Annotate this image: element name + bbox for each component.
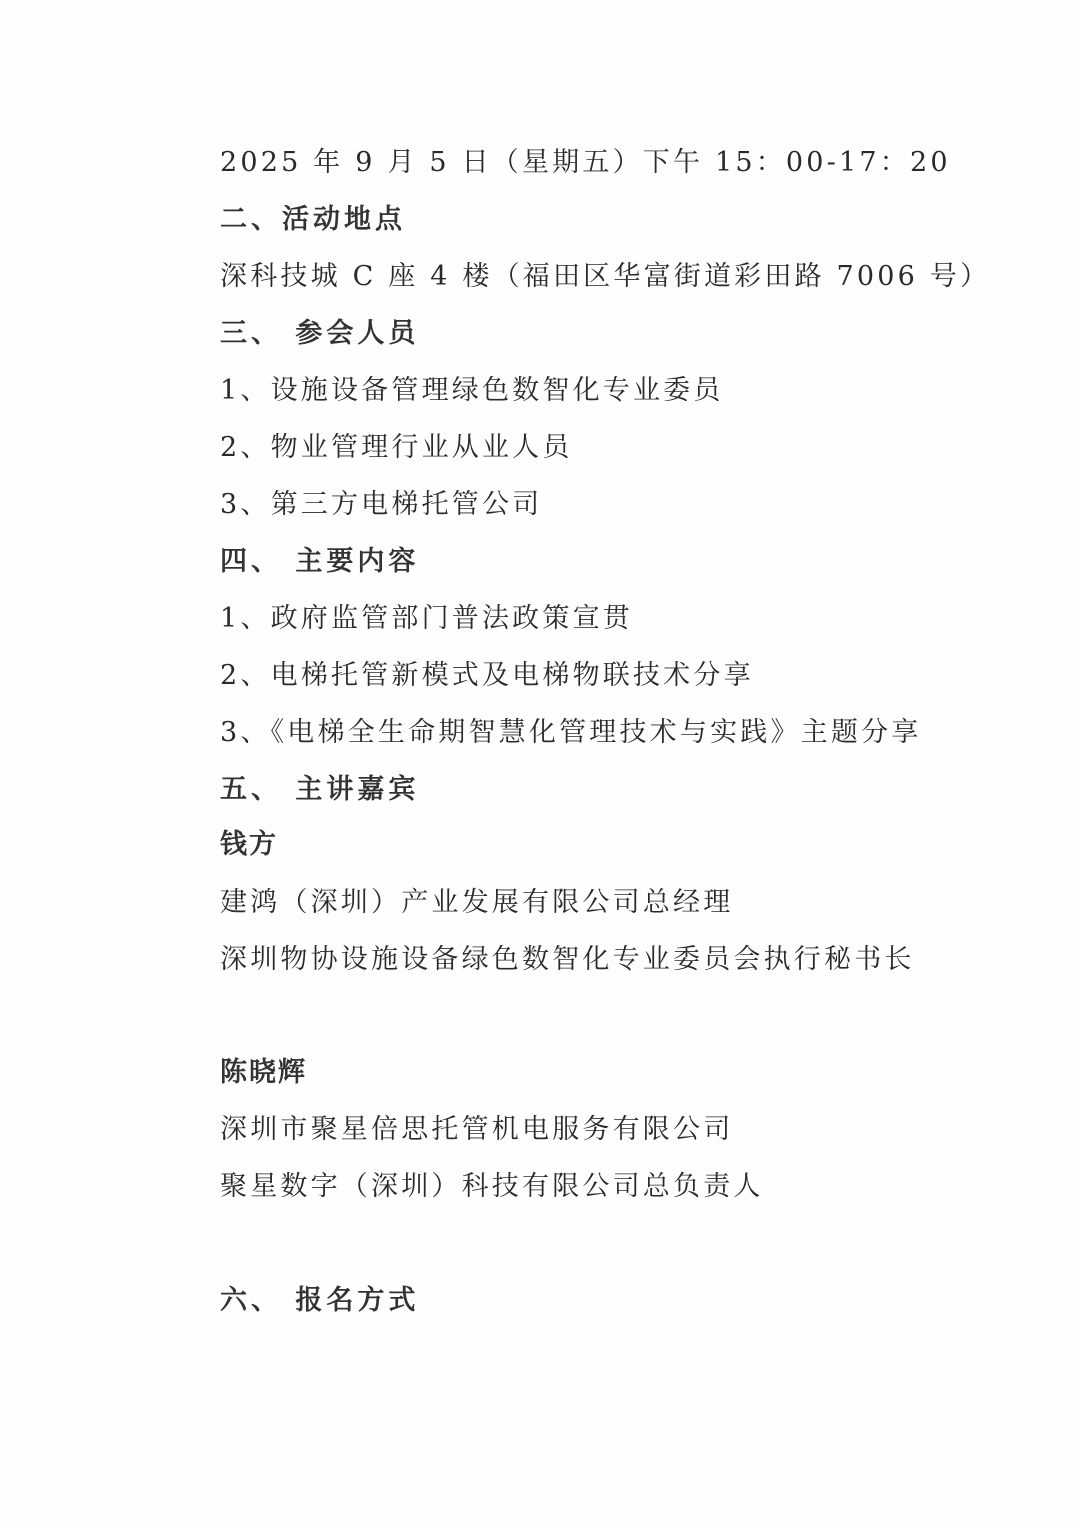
content-item: 2、电梯托管新模式及电梯物联技术分享 — [220, 658, 754, 694]
section-heading-attendees: 三、 参会人员 — [220, 316, 419, 352]
speaker-title: 聚星数字（深圳）科技有限公司总负责人 — [220, 1169, 764, 1205]
attendee-item: 1、设施设备管理绿色数智化专业委员 — [220, 373, 724, 409]
location-text: 深科技城 C 座 4 楼（福田区华富街道彩田路 7006 号） — [220, 259, 990, 295]
speaker-title: 深圳市聚星倍思托管机电服务有限公司 — [220, 1112, 733, 1148]
speaker-title: 深圳物协设施设备绿色数智化专业委员会执行秘书长 — [220, 942, 915, 978]
speaker-name: 陈晓辉 — [220, 1055, 307, 1091]
content-item: 1、政府监管部门普法政策宣贯 — [220, 601, 633, 637]
content-item: 3、《电梯全生命期智慧化管理技术与实践》主题分享 — [220, 715, 921, 751]
section-heading-content: 四、 主要内容 — [220, 544, 419, 580]
speaker-name: 钱方 — [220, 827, 278, 863]
event-time: 2025 年 9 月 5 日（星期五）下午 15：00-17：20 — [220, 145, 951, 181]
document-page: 2025 年 9 月 5 日（星期五）下午 15：00-17：20 二、活动地点… — [0, 0, 1080, 1528]
attendee-item: 3、第三方电梯托管公司 — [220, 487, 542, 523]
section-heading-registration: 六、 报名方式 — [220, 1283, 419, 1319]
attendee-item: 2、物业管理行业从业人员 — [220, 430, 573, 466]
speaker-title: 建鸿（深圳）产业发展有限公司总经理 — [220, 885, 733, 921]
section-heading-speakers: 五、 主讲嘉宾 — [220, 772, 419, 808]
section-heading-location: 二、活动地点 — [220, 202, 406, 238]
